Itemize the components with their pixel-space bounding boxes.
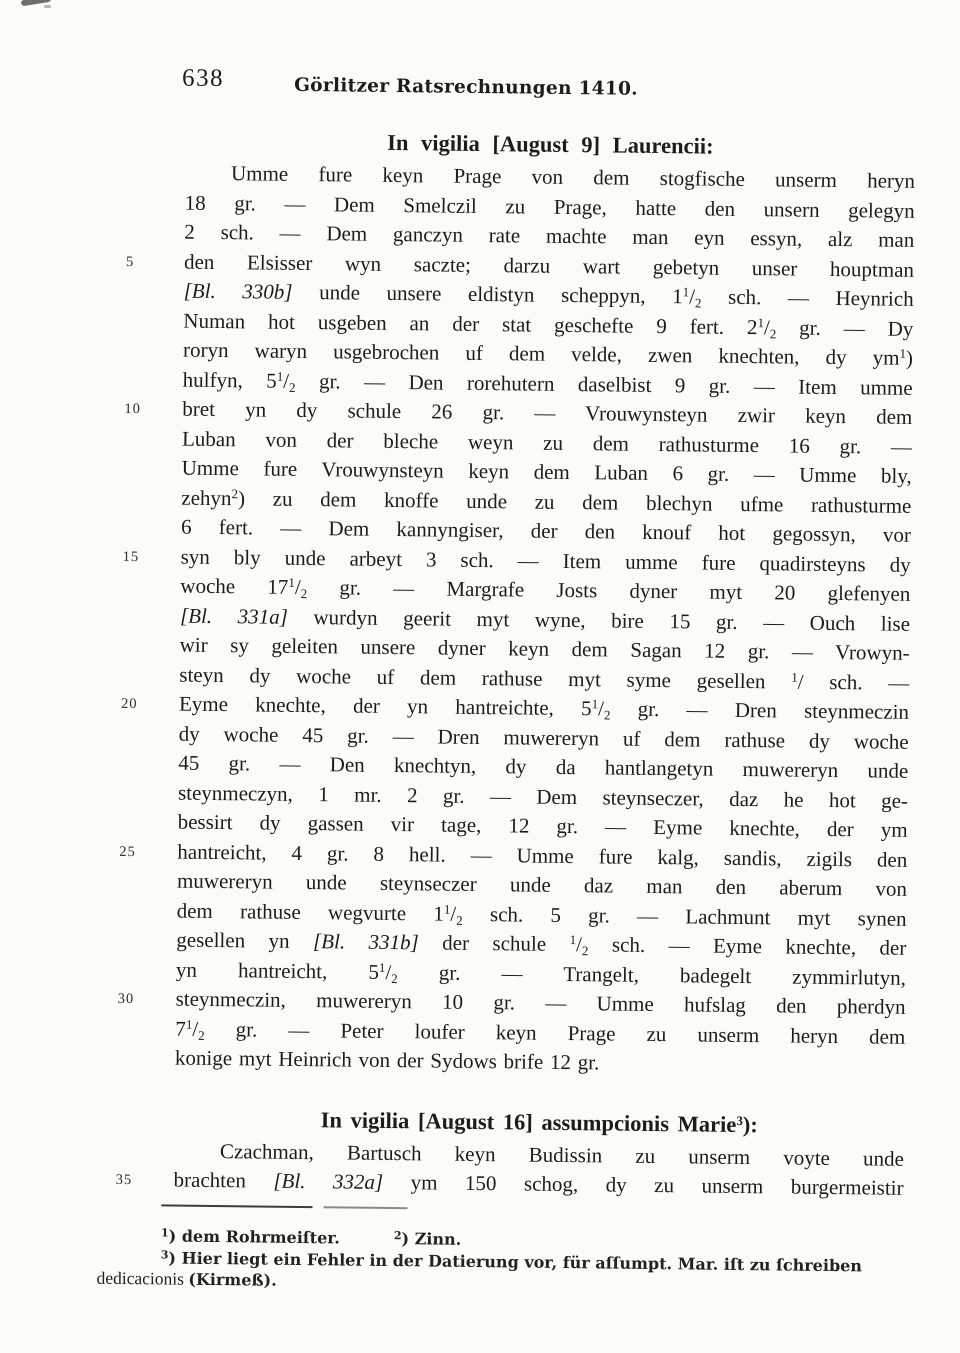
folio-reference: [Bl. 331a] [180, 603, 288, 628]
text-column: In vigilia [August 9] Laurencii:Umme fur… [173, 126, 915, 1204]
superscript-mark: 1 [570, 932, 577, 947]
text-segment: In vigilia [August 16] assumpcionis Mari… [321, 1107, 737, 1137]
text-segment: ) zu dem knoffe unde zu dem blechyn ufme… [238, 486, 912, 518]
margin-line-number: 35 [115, 1166, 161, 1196]
text-segment: gr. — Dren steynmeczin [610, 696, 909, 723]
folio-reference: [Bl. 331b] [313, 929, 419, 954]
superscript-mark: 1 [592, 696, 599, 711]
margin-line-number: 10 [124, 395, 170, 425]
scanned-page: 638 Görlitzer Ratsrechnungen 1410. In vi… [0, 0, 960, 1353]
text-segment: 18 gr. — Dem Smelczil zu Prage, hatte de… [185, 190, 915, 222]
text-segment: ) [906, 346, 913, 370]
text-segment: bessirt dy gassen vir tage, 12 gr. — Eym… [178, 810, 908, 842]
text-segment: / [576, 932, 582, 956]
superscript-mark: 1 [288, 575, 295, 590]
text-segment: gr. — Dy [776, 315, 913, 341]
text-segment: ): [743, 1112, 758, 1137]
text-segment: gr. — Margrafe Josts dyner myt 20 glefen… [307, 575, 910, 606]
footnote-rule [161, 1204, 441, 1209]
text-segment: sch. 5 gr. — Lachmunt myt synen [463, 901, 907, 930]
text-segment: konige myt Heinrich von der Sydows brife… [175, 1046, 600, 1075]
folio-reference: [Bl. 332a] [273, 1169, 383, 1194]
margin-line-number: 15 [123, 542, 169, 572]
text-segment: steynmeczin, muwereryn 10 gr. — Umme huf… [176, 987, 906, 1019]
section-heading: In vigilia [August 9] Laurencii: [185, 126, 915, 164]
text-segment: 45 gr. — Den knechtyn, dy da hantlangety… [178, 751, 908, 783]
subscript-mark: 2 [289, 379, 296, 394]
footnote: 1) dem Rohrmeiſter. [161, 1225, 340, 1249]
text-segment: sch. — Heynrich [701, 284, 913, 310]
text-segment: / [450, 901, 456, 925]
text-segment: woche 17 [180, 574, 288, 599]
superscript-mark: 1 [757, 315, 764, 330]
margin-line-number: 20 [121, 690, 167, 720]
text-segment: muwereryn unde steynseczer unde daz man … [177, 869, 907, 901]
text-segment: sch. — Eyme knechte, der [588, 932, 906, 960]
text-segment: den Elsisser wyn saczte; darzu wart gebe… [184, 249, 914, 281]
text-segment: 6 fert. — Dem kannyngiser, der den knouf… [181, 515, 911, 547]
margin-line-number: 25 [119, 837, 165, 867]
text-segment: syn bly unde arbeyt 3 sch. — Item umme f… [181, 544, 911, 576]
folio-reference: [Bl. 330b] [184, 279, 293, 304]
text-segment: Numan hot usgeben an der stat geschefte … [183, 308, 757, 339]
margin-line-number: 30 [118, 985, 164, 1015]
subscript-mark: 2 [456, 912, 463, 927]
text-segment: gr. — Den rorehutern daselbist 9 gr. — I… [295, 368, 912, 399]
text-segment: ym 150 schog, dy zu unserm burgermeistir [383, 1170, 904, 1200]
text-segment: gesellen yn [176, 928, 313, 954]
footnotes: 1) dem Rohrmeiſter.2) Zinn.3) Hier liegt… [96, 1225, 911, 1299]
text-segment: gr. — Trangelt, badegelt zymmirlutyn, [398, 960, 906, 990]
text-segment: der schule [419, 930, 570, 956]
text-segment: hantreicht, 4 gr. 8 hell. — Umme fure ka… [177, 839, 907, 871]
text-segment: 2 sch. — Dem ganczyn rate machte man eyn… [184, 220, 914, 252]
text-segment: / [764, 315, 770, 339]
text-segment: 7 [175, 1016, 186, 1040]
text-segment: wurdyn geerit myt wyne, bire 15 gr. — Ou… [288, 604, 910, 635]
footnote-marker: 2 [394, 1229, 402, 1242]
text-segment: Eyme knechte, der yn hantreichte, 5 [179, 692, 592, 721]
text-segment: hulfyn, 5 [183, 367, 277, 392]
footnote: 2) Zinn. [394, 1228, 462, 1250]
text-segment: Czachman, Bartusch keyn Budissin zu unse… [220, 1139, 904, 1171]
superscript-mark: 1 [791, 669, 798, 684]
text-segment: unde unsere eldistyn scheppyn, 1 [292, 280, 682, 308]
subscript-mark: 2 [582, 943, 589, 958]
text-segment: steyn dy woche uf dem rathuse myt syme g… [179, 662, 791, 693]
superscript-mark: 1 [379, 959, 386, 974]
text-segment: steynmeczyn, 1 mr. 2 gr. — Dem steynsecz… [178, 780, 908, 812]
text-segment: dy woche 45 gr. — Dren muwereryn uf dem … [179, 721, 909, 753]
fraktur-text: (Kirmeß). [188, 1270, 277, 1290]
text-segment: yn hantreicht, 5 [176, 957, 379, 983]
subscript-mark: 2 [604, 707, 611, 722]
text-segment: Umme fure Vrouwynsteyn keyn dem Luban 6 … [182, 456, 912, 488]
text-segment: In vigilia [August 9] Laurencii: [387, 130, 714, 159]
superscript-mark: 1 [277, 368, 284, 383]
running-header: Görlitzer Ratsrechnungen 1410. [86, 72, 846, 102]
superscript-mark: 1 [186, 1016, 193, 1031]
subscript-mark: 2 [695, 295, 702, 310]
text-segment: bret yn dy schule 26 gr. — Vrouwynsteyn … [182, 397, 912, 429]
footnote-marker: 1 [161, 1226, 169, 1239]
superscript-mark: 1 [444, 901, 451, 916]
text-segment: dem rathuse wegvurte 1 [177, 898, 444, 925]
text-segment: Umme fure keyn Prage von dem stogfische … [231, 161, 915, 193]
text-segment: gr. — Peter loufer keyn Prage zu unserm … [205, 1016, 906, 1048]
text-segment: roryn waryn usgebrochen uf dem velde, zw… [183, 338, 900, 370]
text-segment: wir sy geleiten unsere dyner keyn dem Sa… [180, 633, 910, 665]
subscript-mark: 2 [198, 1027, 205, 1042]
superscript-mark: 2 [231, 486, 238, 501]
roman-text: dedicacionis [96, 1268, 188, 1289]
subscript-mark: 2 [301, 586, 308, 601]
superscript-mark: 1 [683, 284, 690, 299]
subscript-mark: 2 [391, 971, 398, 986]
text-segment: brachten [173, 1168, 273, 1193]
text-segment: / sch. — [798, 669, 910, 694]
text-segment: Luban von der bleche weyn zu dem rathust… [182, 426, 912, 458]
subscript-mark: 2 [770, 326, 777, 341]
margin-line-number: 5 [126, 247, 172, 277]
superscript-mark: 1 [899, 346, 906, 361]
section-heading: In vigilia [August 16] assumpcionis Mari… [174, 1103, 904, 1141]
footnote-marker: 3 [161, 1248, 169, 1261]
text-segment: zehyn [181, 485, 231, 510]
superscript-mark: 3 [736, 1112, 743, 1127]
